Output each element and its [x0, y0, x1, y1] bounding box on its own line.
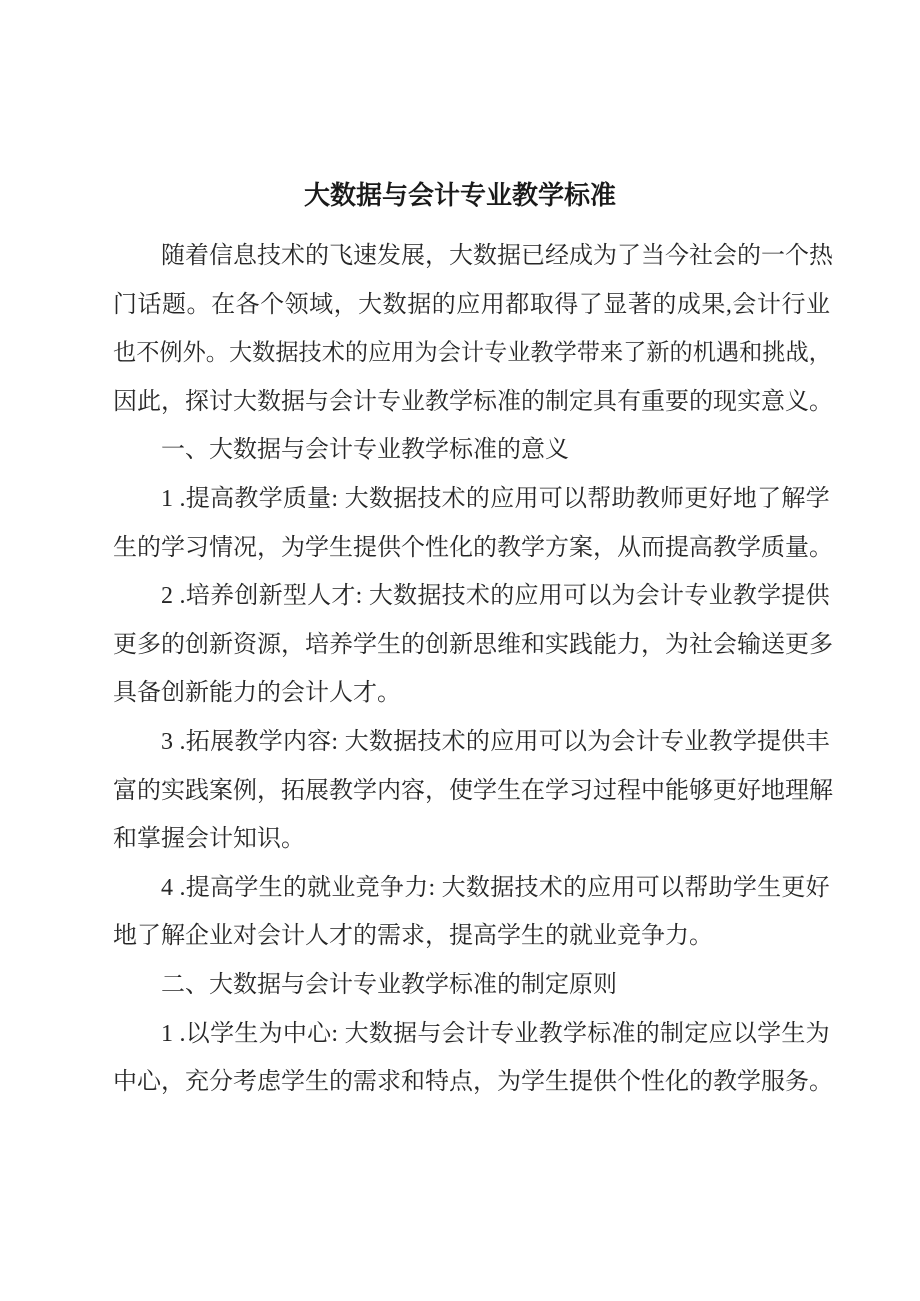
text-line: 随着信息技术的飞速发展，大数据已经成为了当今社会的一个热: [113, 232, 830, 281]
text-line: 因此，探讨大数据与会计专业教学标准的制定具有重要的现实意义。: [113, 378, 830, 427]
text-line: 也不例外。大数据技术的应用为会计专业教学带来了新的机遇和挑战，: [113, 329, 830, 378]
text-line: 一、大数据与会计专业教学标准的意义: [113, 426, 830, 475]
text-line: 地了解企业对会计人才的需求，提高学生的就业竞争力。: [113, 912, 830, 961]
document-title: 大数据与会计专业教学标准: [0, 177, 920, 213]
text-line: 生的学习情况，为学生提供个性化的教学方案，从而提高教学质量。: [113, 524, 830, 573]
text-line: 和掌握会计知识。: [113, 815, 830, 864]
text-line: 4 .提高学生的就业竞争力: 大数据技术的应用可以帮助学生更好: [113, 864, 830, 913]
paragraph: 4 .提高学生的就业竞争力: 大数据技术的应用可以帮助学生更好地了解企业对会计人…: [113, 864, 830, 961]
text-line: 2 .培养创新型人才: 大数据技术的应用可以为会计专业教学提供: [113, 572, 830, 621]
paragraph: 1 .提高教学质量: 大数据技术的应用可以帮助教师更好地了解学生的学习情况，为学…: [113, 475, 830, 572]
text-line: 更多的创新资源，培养学生的创新思维和实践能力，为社会输送更多: [113, 621, 830, 670]
text-line: 门话题。在各个领域，大数据的应用都取得了显著的成果,会计行业: [113, 281, 830, 330]
paragraph: 3 .拓展教学内容: 大数据技术的应用可以为会计专业教学提供丰富的实践案例，拓展…: [113, 718, 830, 864]
paragraph: 随着信息技术的飞速发展，大数据已经成为了当今社会的一个热门话题。在各个领域，大数…: [113, 232, 830, 426]
text-line: 富的实践案例，拓展教学内容，使学生在学习过程中能够更好地理解: [113, 767, 830, 816]
section-heading: 二、大数据与会计专业教学标准的制定原则: [113, 961, 830, 1010]
section-heading: 一、大数据与会计专业教学标准的意义: [113, 426, 830, 475]
document-body: 随着信息技术的飞速发展，大数据已经成为了当今社会的一个热门话题。在各个领域，大数…: [113, 232, 830, 1107]
text-line: 1 .以学生为中心: 大数据与会计专业教学标准的制定应以学生为: [113, 1010, 830, 1059]
text-line: 二、大数据与会计专业教学标准的制定原则: [113, 961, 830, 1010]
paragraph: 2 .培养创新型人才: 大数据技术的应用可以为会计专业教学提供更多的创新资源，培…: [113, 572, 830, 718]
text-line: 中心，充分考虑学生的需求和特点，为学生提供个性化的教学服务。: [113, 1058, 830, 1107]
text-line: 3 .拓展教学内容: 大数据技术的应用可以为会计专业教学提供丰: [113, 718, 830, 767]
text-line: 具备创新能力的会计人才。: [113, 669, 830, 718]
text-line: 1 .提高教学质量: 大数据技术的应用可以帮助教师更好地了解学: [113, 475, 830, 524]
paragraph: 1 .以学生为中心: 大数据与会计专业教学标准的制定应以学生为中心，充分考虑学生…: [113, 1010, 830, 1107]
document-page: 大数据与会计专业教学标准 随着信息技术的飞速发展，大数据已经成为了当今社会的一个…: [0, 0, 920, 1301]
